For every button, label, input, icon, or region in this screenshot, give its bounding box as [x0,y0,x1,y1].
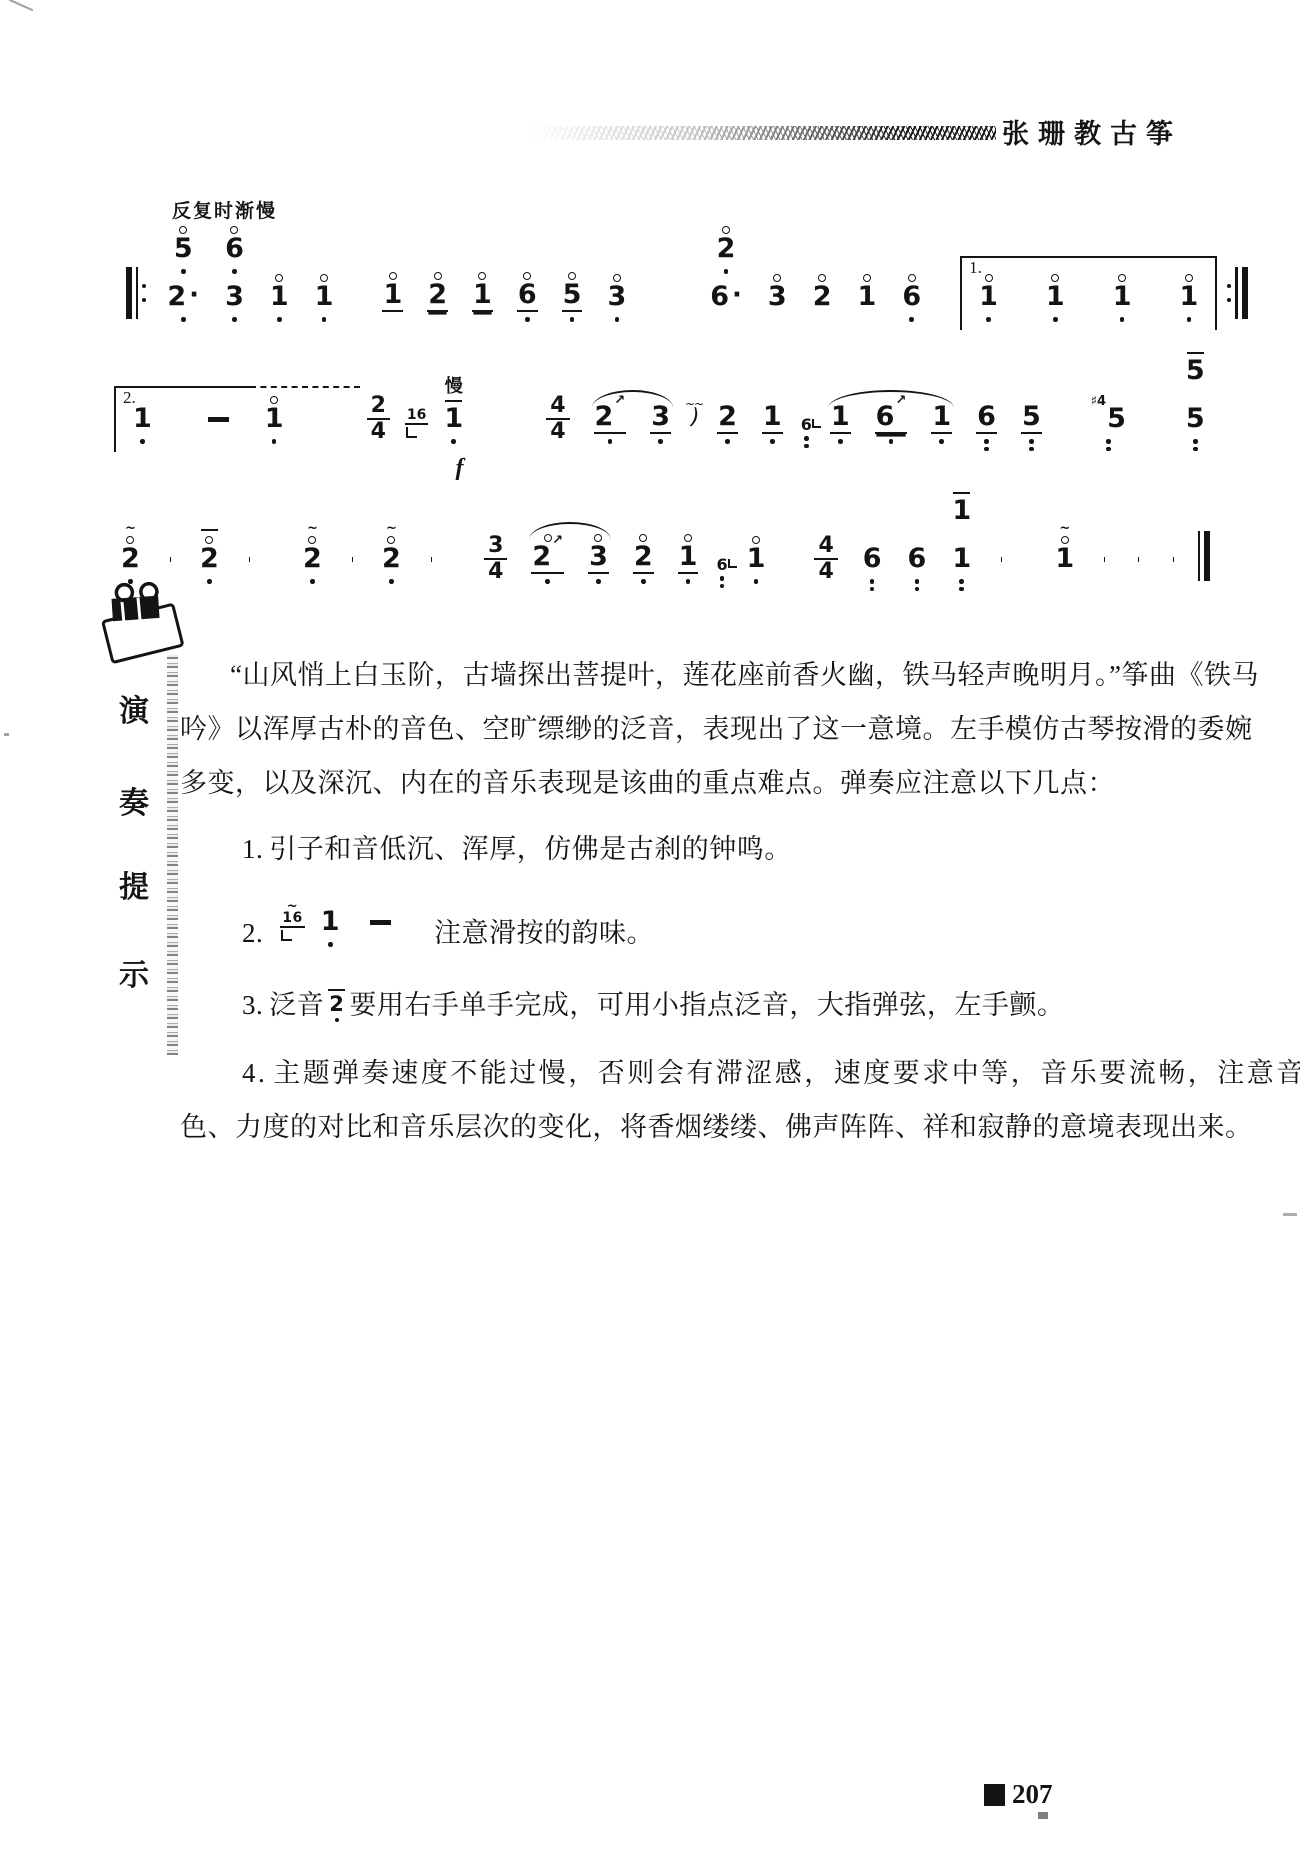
digit-text: 2 [595,402,614,432]
octave-dots [1193,434,1198,452]
jianpu-note: ♯45 [1090,404,1127,452]
sidebar-label-char: 示 [119,950,149,994]
jianpu-note: ~2 [381,525,402,592]
time-signature: 34 [484,534,507,584]
page-number: 207 [1012,1779,1053,1810]
sidebar-texture-strip [167,655,178,1055]
jianpu-note: 1 [382,272,403,330]
paragraph-line: 多变，以及深沉、内在的音乐表现是该曲的重点难点。弹奏应注意以下几点： [180,756,1114,810]
octave-dot [720,576,725,581]
note-digit: 2 [716,234,737,264]
octave-dots [232,312,237,330]
time-sig-numerator: 3 [484,534,507,560]
octave-dot [232,317,237,322]
glide-arrow: ↗ [614,395,625,407]
jianpu-note: 1 [269,274,290,330]
digit-text: 3 [225,282,244,312]
octave-dots [525,312,530,330]
note-digit: 2↗ [594,402,627,434]
note-digit: 1 [951,544,972,574]
octave-dot [959,579,964,584]
note-digit: 1 [830,402,851,434]
chord-top: 5 [1185,352,1206,404]
octave-dot [277,317,282,322]
jianpu-line-2: 2.112416慢1f442↗3~~)21616↗165♯4555 [112,352,1212,452]
time-sig-denominator: 4 [488,560,503,584]
digit-text: 5 [174,234,193,264]
digit-text: 2 [303,544,322,574]
note-digit: 1 [857,282,878,312]
octave-dot [1106,439,1111,444]
note-digit: 2 [812,282,833,312]
octave-dots [658,434,663,452]
octave-dots [1029,434,1034,452]
note-digit: 2 [427,280,448,312]
note-digit: 6↗ [875,402,908,434]
item-number: 2. [242,906,263,960]
note-digit: 2· [166,282,200,312]
octave-dots [959,574,964,592]
jianpu-line-3: ~22~2~2342↗32161446611~1 [108,492,1218,592]
octave-dot [939,439,944,444]
jianpu-note: 1 [762,402,783,452]
octave-dot [725,439,730,444]
octave-dot [641,579,646,584]
tremolo-hook [406,427,417,438]
jianpu-note: 1 [678,534,699,592]
note-digit: 2 [381,544,402,574]
note-digit: 3 [224,282,245,312]
octave-dots [720,574,725,592]
jianpu-note: 3 [650,402,671,452]
octave-dots [641,574,646,592]
digit-text: 3 [607,282,626,312]
digit-text: 2 [428,280,447,310]
octave-dot [1193,439,1198,444]
tremolo-hook [281,930,292,941]
duration-dash [208,417,229,422]
octave-dots [272,434,277,452]
jianpu-note: ~2 [302,525,323,592]
octave-dots [596,574,601,592]
jianpu-note: 1 [830,402,851,452]
digit-text: 2 [718,402,737,432]
octave-dot [959,587,964,592]
digit-text: 1 [1180,282,1199,312]
jianpu-note: 1 [978,274,999,330]
tremolo-label: 16 [405,408,428,425]
octave-dots [207,574,212,592]
volta-bracket: 2.1 [114,386,250,452]
header-decoration-strip [528,126,996,140]
book-page: { "page": {"ink": "#141414", "background… [0,0,1300,1855]
jianpu-note: ~1 [1054,525,1075,592]
octave-dot [915,579,920,584]
octave-dot [870,587,875,592]
digit-text: 1 [473,280,492,310]
note-digit: 1 [472,280,493,312]
note-digit: 6 [224,234,245,264]
digit-text: 1 [383,280,402,310]
jianpu-note: 5 [562,272,583,330]
tempo-marking: 反复时渐慢 [172,196,277,223]
digit-text: 1 [747,544,766,574]
note-marks: 慢 [445,375,463,404]
octave-dot [838,439,843,444]
jianpu-note: 2↗ [594,402,627,452]
note-digit: 1 [264,404,285,434]
octave-dot [1187,317,1192,322]
note-digit: 2 [717,402,738,434]
page-title: 张珊教古筝 [1002,112,1182,151]
note-digit: 1 [1112,282,1133,312]
tip-item-1: 1.引子和音低沉、浑厚，仿佛是古刹的钟鸣。 [180,822,1114,876]
chord-top: 1 [951,492,972,544]
jianpu-line-1: 52·631112165326·32161.1111 [118,226,1198,330]
note-digit: 6 [907,544,928,574]
digit-text: 6 [801,416,812,434]
digit-text: 1 [763,402,782,432]
vibrato-mark: ~ [125,525,136,533]
octave-dots [608,434,613,452]
time-signature: 44 [546,394,569,444]
note-marks: ~ [386,525,397,544]
octave-dots [1187,312,1192,330]
note-digit: 6· [709,282,743,312]
digit-text: 1 [831,402,850,432]
octave-dots [545,574,550,592]
octave-dots [754,574,759,592]
digit-text: 6 [225,234,244,264]
note-digit: 2↗ [531,542,564,574]
inline-jianpu-note: 2 [328,985,345,1027]
note-marks: ~ [307,525,318,544]
octave-dots [889,434,894,452]
chord-top: 5 [173,226,194,282]
chord-bottom: 1 [951,544,972,592]
chord-top: 2 [716,226,737,282]
jianpu-note: 2 [633,534,654,592]
note-digit: 2 [120,544,141,574]
digit-text: 5 [1107,404,1126,434]
digit-text: 1 [133,404,152,434]
note-digit: 1 [978,282,999,312]
note-digit: 1 [931,402,952,434]
jianpu-note: 3 [767,274,788,330]
octave-dot [720,584,725,589]
note-digit: 1 [1054,544,1075,574]
digit-text: 1 [1055,544,1074,574]
jianpu-note: 6↗ [875,402,908,452]
jianpu-chord: 26· [709,226,743,330]
item-number: 3. [242,990,263,1020]
digit-text: 1 [858,282,877,312]
chord-top: 6 [224,226,245,282]
note-digit: 3 [767,282,788,312]
note-digit: 6 [976,402,997,434]
item-text: 泛音 [269,990,324,1020]
sidebar-label-char: 奏 [119,778,149,822]
note-digit: 2 [302,544,323,574]
octave-dots [328,937,333,955]
jianpu-note: 5 [1021,402,1042,452]
footer-square-mark [984,1784,1005,1806]
jianpu-note: 2 [717,402,738,452]
note-digit: 1 [320,907,341,937]
digit-text: 1 [1113,282,1132,312]
note-digit: 6 [517,280,538,312]
octave-dot [658,439,663,444]
glide-arrow: ↗ [895,395,906,407]
octave-dots [986,312,991,330]
digit-text: 1 [932,402,951,432]
octave-dot [889,439,894,444]
jianpu-note: 1 [1112,274,1133,330]
jianpu-note: 1 [1179,274,1200,330]
jianpu-note: 6 [517,272,538,330]
octave-dot [181,269,186,274]
octave-dot [915,587,920,592]
digit-text: 2 [382,544,401,574]
note-digit: 5 [1185,356,1206,386]
digit-text: 2 [200,544,219,574]
digit-text: 1 [952,544,971,574]
octave-dot [389,579,394,584]
spacer [165,451,191,452]
jianpu-note: 1 [857,274,878,330]
note-marks [201,529,218,544]
time-sig-numerator: 4 [546,394,569,420]
octave-dots [804,434,809,452]
digit-text: 6 [908,544,927,574]
item-text: 注意滑按的韵味。 [434,906,654,960]
scan-artifact [9,0,34,11]
octave-dot [140,439,145,444]
jianpu-note: 6 [862,544,883,592]
grace-note: 6 [800,416,813,452]
octave-dot [804,444,809,449]
octave-dots [984,434,989,452]
jianpu-note: 1 [931,402,952,452]
time-sig-numerator: 2 [367,394,390,420]
digit-text: 1 [315,282,334,312]
digit-text: 1 [952,496,971,526]
item-number: 4. [242,1058,267,1088]
vibrato-mark: ~ [386,525,397,533]
time-sig-denominator: 4 [371,420,386,444]
digit-text: 5 [1022,402,1041,432]
octave-dot [984,439,989,444]
note-digit: 1 [1045,282,1066,312]
jianpu-chord: 63 [224,226,245,330]
octave-dot [545,579,550,584]
digit-text: 2 [813,282,832,312]
note-digit: 6 [862,544,883,574]
scan-artifact [4,733,9,736]
octave-dot [207,579,212,584]
octave-dots [615,312,620,330]
note-digit: 1 [951,496,972,526]
tip-item-3: 3.泛音2要用右手单手完成，可用小指点泛音，大指弹弦，左手颤。 [180,978,1114,1032]
final-barline [1198,531,1210,581]
chord-bottom: 2· [166,282,200,330]
sharp-mark: ♯4 [1091,396,1106,408]
grace-hook [728,559,737,568]
octave-dot [870,579,875,584]
octave-dot [310,579,315,584]
digit-text: 6 [863,544,882,574]
octave-dots [451,434,456,452]
chord-bottom: 6· [709,282,743,330]
note-digit: 5 [562,280,583,312]
digit-text: 1 [1046,282,1065,312]
jianpu-note: 1 [132,404,153,452]
digit-text: 5 [1186,356,1205,386]
item-text: 引子和音低沉、浑厚，仿佛是古刹的钟鸣。 [269,834,792,864]
scan-artifact [1038,1812,1048,1819]
octave-dot [986,317,991,322]
jianpu-note: 6 [901,274,922,330]
octave-dots [570,312,575,330]
digit-text: 5 [563,280,582,310]
note-digit: 2 [633,542,654,574]
note-marks: ~ [125,525,136,544]
note-digit: 1 [1179,282,1200,312]
jianpu-note: 1 [264,396,285,452]
octave-dot [1120,317,1125,322]
slur-group: 2↗3 [582,402,684,452]
time-sig-denominator: 4 [550,420,565,444]
octave-dots [322,312,327,330]
digit-text: 1 [444,404,463,434]
digit-text: 1 [979,282,998,312]
slur-group: 16↗1 [818,402,964,452]
octave-dots [140,434,145,452]
digit-text: 3 [651,402,670,432]
time-signature: 24 [367,394,390,444]
jianpu-note: 3 [588,534,609,592]
jianpu-chord: 52· [166,226,200,330]
octave-dots [181,312,186,330]
note-digit: 1 [382,280,403,312]
jianpu-note: 2 [199,529,220,592]
octave-dots [389,574,394,592]
digit-text: 2 [121,544,140,574]
octave-dot [909,317,914,322]
digit-text: 6 [716,556,727,574]
digit-text: 1 [321,907,340,937]
octave-dot [984,447,989,452]
jianpu-note: 6 [907,544,928,592]
spacer [1011,329,1033,330]
jianpu-note: 1 [746,536,767,592]
octave-dots [870,574,875,592]
digit-text: 1 [679,542,698,572]
octave-dots [686,574,691,592]
spacer [1078,329,1100,330]
digit-text: 2 [532,542,551,572]
volta-bracket: 1.1111 [960,256,1217,330]
octave-dots [232,264,237,282]
note-digit: 2 [199,544,220,574]
note-digit: 1 [762,402,783,434]
digit-text: 3 [589,542,608,572]
octave-dot [322,317,327,322]
note-digit: 1 [269,282,290,312]
digit-text: 6 [876,402,895,432]
octave-dot [615,317,620,322]
digit-text: 3 [768,282,787,312]
jianpu-note: 1 [1045,274,1066,330]
octave-dots [1120,312,1125,330]
chord-bottom: 5 [1185,404,1206,452]
paragraph-line: 吟》以浑厚古朴的音色、空旷缥缈的泛音，表现出了这一意境。左手模仿古琴按滑的委婉 [180,702,1114,756]
page-footer: 207 [984,1779,1053,1810]
octave-dots [724,264,729,282]
sidebar-label-char: 提 [119,862,149,906]
slur-group: 2↗3 [519,534,621,592]
jianpu-note: 2↗ [531,534,564,592]
note-digit: 5 [1021,402,1042,434]
overline-mark [201,529,218,533]
octave-dot [451,439,456,444]
note-digit: 1 [314,282,335,312]
octave-dots [181,264,186,282]
note-digit: 6 [901,282,922,312]
jianpu-chord: 55 [1185,352,1206,452]
octave-dot [596,579,601,584]
octave-dots [725,434,730,452]
digit-text: 6 [977,402,996,432]
octave-dot [272,439,277,444]
octave-dots [310,574,315,592]
octave-dot [686,579,691,584]
glide-arrow: ↗ [552,535,563,547]
performance-tips-text: “山风悄上白玉阶，古墙探出菩提叶，莲花座前香火幽，铁马轻声晚明月。”筝曲《铁马 … [180,648,1114,1154]
note-digit: 5 [1185,404,1206,434]
octave-dot [1193,447,1198,452]
jianpu-note: 慢1f [443,375,464,452]
jianpu-note: 1 [320,907,341,955]
octave-dot [570,317,575,322]
octave-dot [525,317,530,322]
jianpu-note: 1 [314,274,335,330]
octave-dot [1029,447,1034,452]
glissando-mark: ~~) [685,401,703,428]
tremolo-label: 16 [280,911,304,928]
octave-dot [754,579,759,584]
digit-text: 1 [265,404,284,434]
tremolo-prefix: ~16 [280,903,304,941]
note-digit: 3 [650,402,671,434]
octave-dots [1106,434,1111,452]
digit-text: 6 [902,282,921,312]
item-text: 主题弹奏速度不能过慢，否则会有滞涩感，速度要求中等，音乐要流畅，注意音 [273,1058,1300,1088]
note-digit: ♯45 [1090,404,1127,434]
digit-text: 2 [717,234,736,264]
item-number: 1. [242,834,263,864]
jianpu-note: 1 [472,272,493,330]
octave-dot [181,317,186,322]
digit-text: 2 [167,282,186,312]
paragraph-line: “山风悄上白玉阶，古墙探出菩提叶，莲花座前香火幽，铁马轻声晚明月。”筝曲《铁马 [180,648,1114,702]
augmentation-dot: · [732,282,742,308]
octave-dot [1029,439,1034,444]
spacer [1145,329,1167,330]
note-digit: 3 [588,542,609,574]
octave-dot [608,439,613,444]
octave-dot [724,269,729,274]
